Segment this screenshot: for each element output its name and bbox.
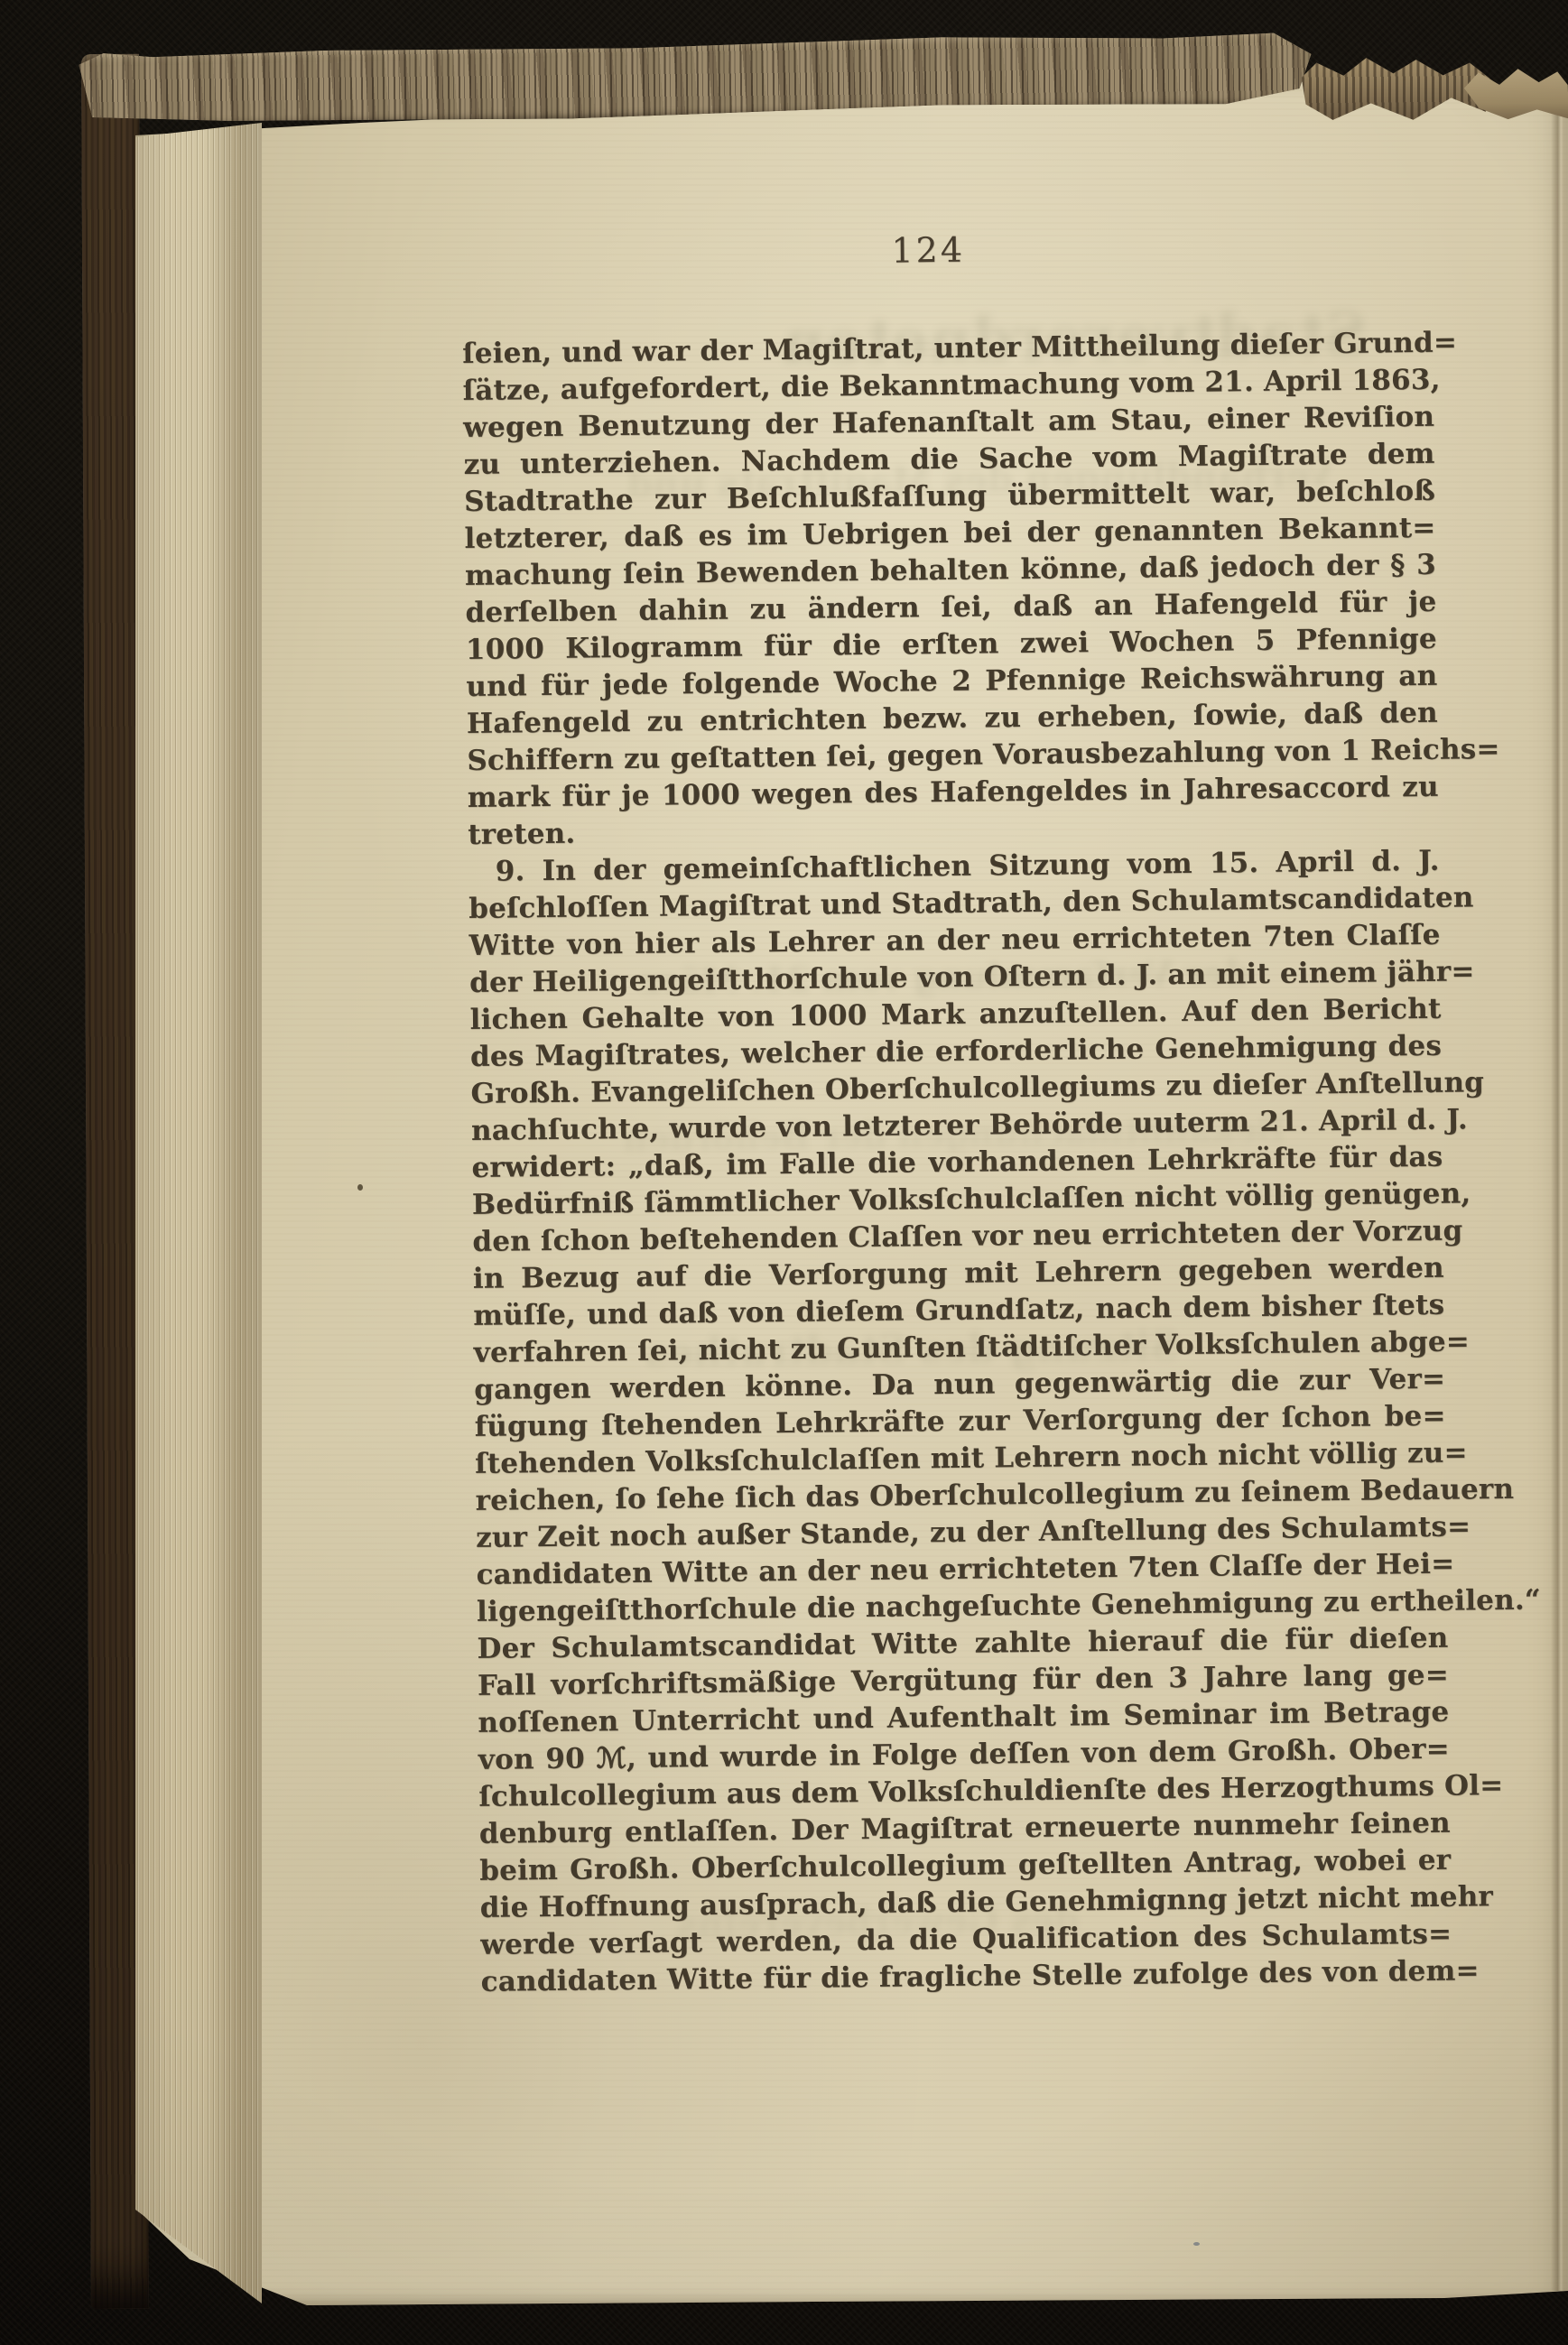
scanned-book-photo: Stadtverordneten Verhandlungen des Magiſ…	[0, 0, 1568, 2345]
paper-speck	[1343, 905, 1347, 909]
page-text-block: ſeien, und war der Magiſtrat, unter Mitt…	[462, 325, 1452, 2001]
paper-speck	[1193, 2242, 1200, 2246]
page-crease	[1551, 97, 1563, 2291]
page-right-shadow	[1563, 88, 1568, 2295]
page-stack-edge	[135, 86, 262, 2306]
paper-speck	[357, 1184, 363, 1191]
